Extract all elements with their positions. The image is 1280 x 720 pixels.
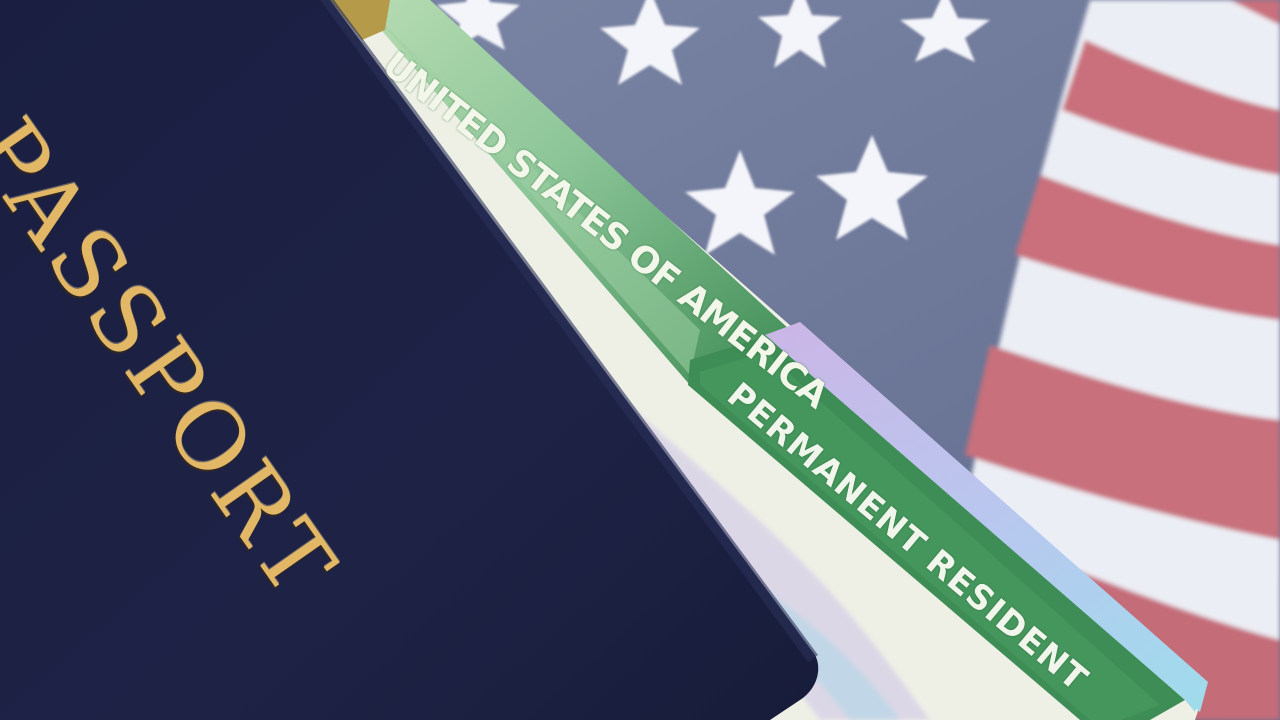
photo-scene: PASSPORT UNITED STATES OF AMERICA PERMAN…: [0, 0, 1280, 720]
